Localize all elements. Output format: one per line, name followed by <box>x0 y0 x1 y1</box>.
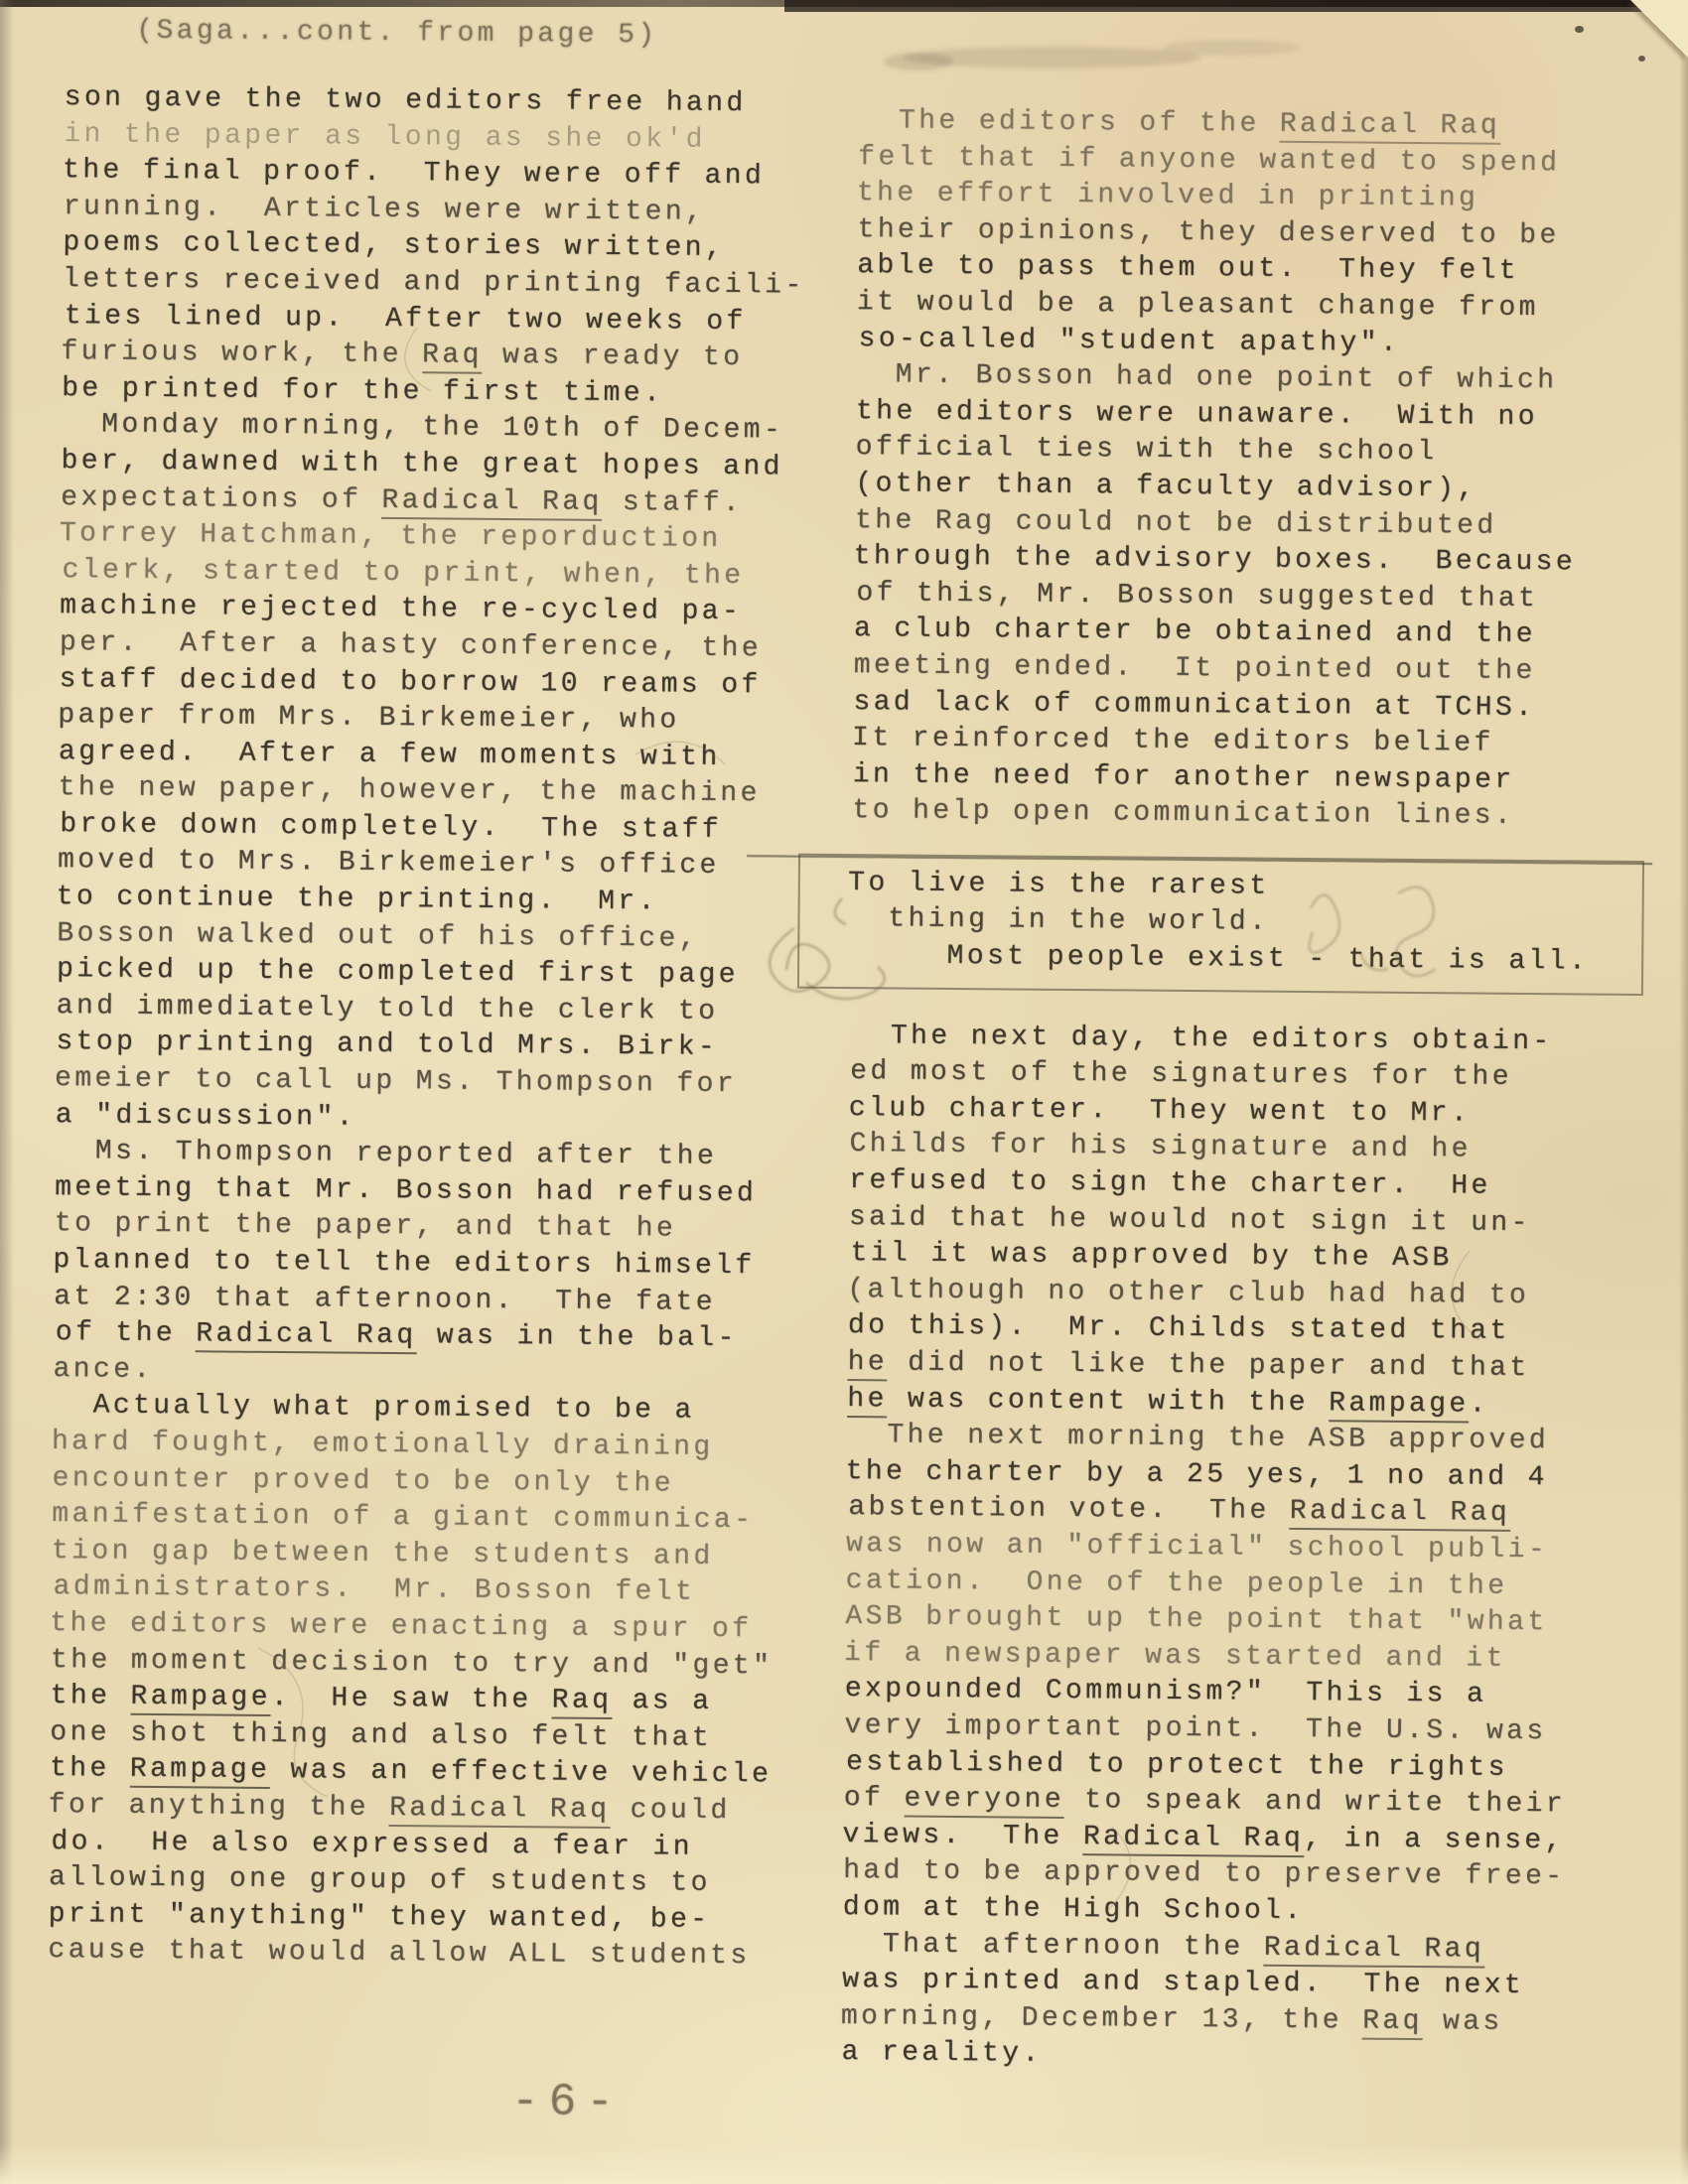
text-line: of everyone to speak and write their <box>844 1781 1601 1824</box>
scan-edge-right <box>1679 0 1688 2184</box>
text-line: said that he would not sign it un- <box>849 1200 1606 1243</box>
page-corner-fold <box>1630 0 1688 58</box>
left-column: son gave the two editors free handin the… <box>48 80 821 1976</box>
text-line: clerk, started to print, when, the <box>62 553 816 596</box>
text-line: the new paper, however, the machine <box>58 770 814 813</box>
scan-edge-bottom <box>0 2144 1688 2184</box>
text-line: paper from Mrs. Birkemeier, who <box>58 698 815 741</box>
text-line: Childs for his signature and he <box>849 1127 1606 1169</box>
text-line: moved to Mrs. Birkemeier's office <box>58 844 814 887</box>
text-line: to print the paper, and that he <box>55 1206 811 1249</box>
text-line: It reinforced the editors belief <box>852 721 1610 763</box>
text-line: thing in the world. <box>807 901 1635 945</box>
text-line: meeting ended. It pointed out the <box>854 648 1611 691</box>
text-line: and immediately told the clerk to <box>57 989 813 1031</box>
text-line: Mr. Bosson had one point of which <box>855 357 1613 400</box>
text-line: That afternoon the Radical Raq <box>842 1927 1599 1970</box>
text-line: allowing one group of students to <box>49 1860 805 1903</box>
text-line: had to be approved to preserve free- <box>843 1853 1600 1896</box>
text-line: he did not like the paper and that <box>847 1345 1604 1388</box>
text-line: per. After a hasty conference, the <box>60 625 816 668</box>
text-line: Monday morning, the 10th of Decem- <box>62 407 818 450</box>
scanned-typewritten-page: (Saga...cont. from page 5) son gave the … <box>0 0 1688 2184</box>
text-line: a reality. <box>841 2035 1598 2078</box>
text-line: it would be a pleasant change from <box>857 285 1614 328</box>
text-line: Bosson walked out of his office, <box>57 916 813 959</box>
text-line: emeier to call up Ms. Thompson for <box>55 1061 812 1104</box>
ink-speck <box>1575 26 1584 33</box>
text-line: (although no other club had had to <box>847 1273 1605 1315</box>
text-line: Most people exist - that is all. <box>806 938 1635 982</box>
text-line: the Rag could not be distributed <box>855 503 1612 546</box>
continuation-header: (Saga...cont. from page 5) <box>136 16 658 52</box>
text-line: in the paper as long as she ok'd <box>64 117 820 160</box>
text-line: for anything the Radical Raq could <box>49 1788 806 1831</box>
right-column: The editors of the Radical Raqfelt that … <box>841 103 1615 2078</box>
right-column-upper-text: The editors of the Radical Raqfelt that … <box>852 103 1615 836</box>
page-content: (Saga...cont. from page 5) son gave the … <box>0 0 1688 2184</box>
text-line: letters received and printing facili- <box>63 262 819 305</box>
text-line: very important point. The U.S. was <box>844 1708 1601 1751</box>
text-line: Ms. Thompson reported after the <box>55 1134 811 1176</box>
text-line: of this, Mr. Bosson suggested that <box>856 576 1611 618</box>
text-line: official ties with the school <box>855 430 1612 473</box>
text-line: furious work, the Raq was ready to <box>61 335 818 377</box>
text-line: cause that would allow ALL students <box>48 1933 804 1976</box>
text-line: morning, December 13, the Raq was <box>841 1999 1599 2042</box>
text-line: to help open communication lines. <box>852 793 1609 836</box>
text-line: The next morning the ASB approved <box>847 1418 1604 1460</box>
page-number: -6- <box>511 2076 624 2128</box>
ink-speck <box>1638 56 1645 62</box>
right-column-lower-text: The next day, the editors obtain-ed most… <box>841 1019 1607 2079</box>
quote-box: To live is the rarest thing in the world… <box>797 853 1644 995</box>
text-line: the moment decision to try and "get" <box>51 1643 807 1686</box>
text-line: their opinions, they deserved to be <box>857 212 1614 255</box>
scan-edge-top-right <box>784 0 1688 12</box>
text-line: if a newspaper was started and it <box>844 1636 1602 1679</box>
text-line: at 2:30 that afternoon. The fate <box>54 1280 810 1322</box>
text-line: ed most of the signatures for the <box>850 1054 1607 1097</box>
text-line: one shot thing and also felt that <box>50 1715 806 1758</box>
text-line: running. Articles were written, <box>64 190 820 232</box>
scan-edge-left <box>0 0 14 2184</box>
text-line: ance. <box>53 1352 809 1395</box>
